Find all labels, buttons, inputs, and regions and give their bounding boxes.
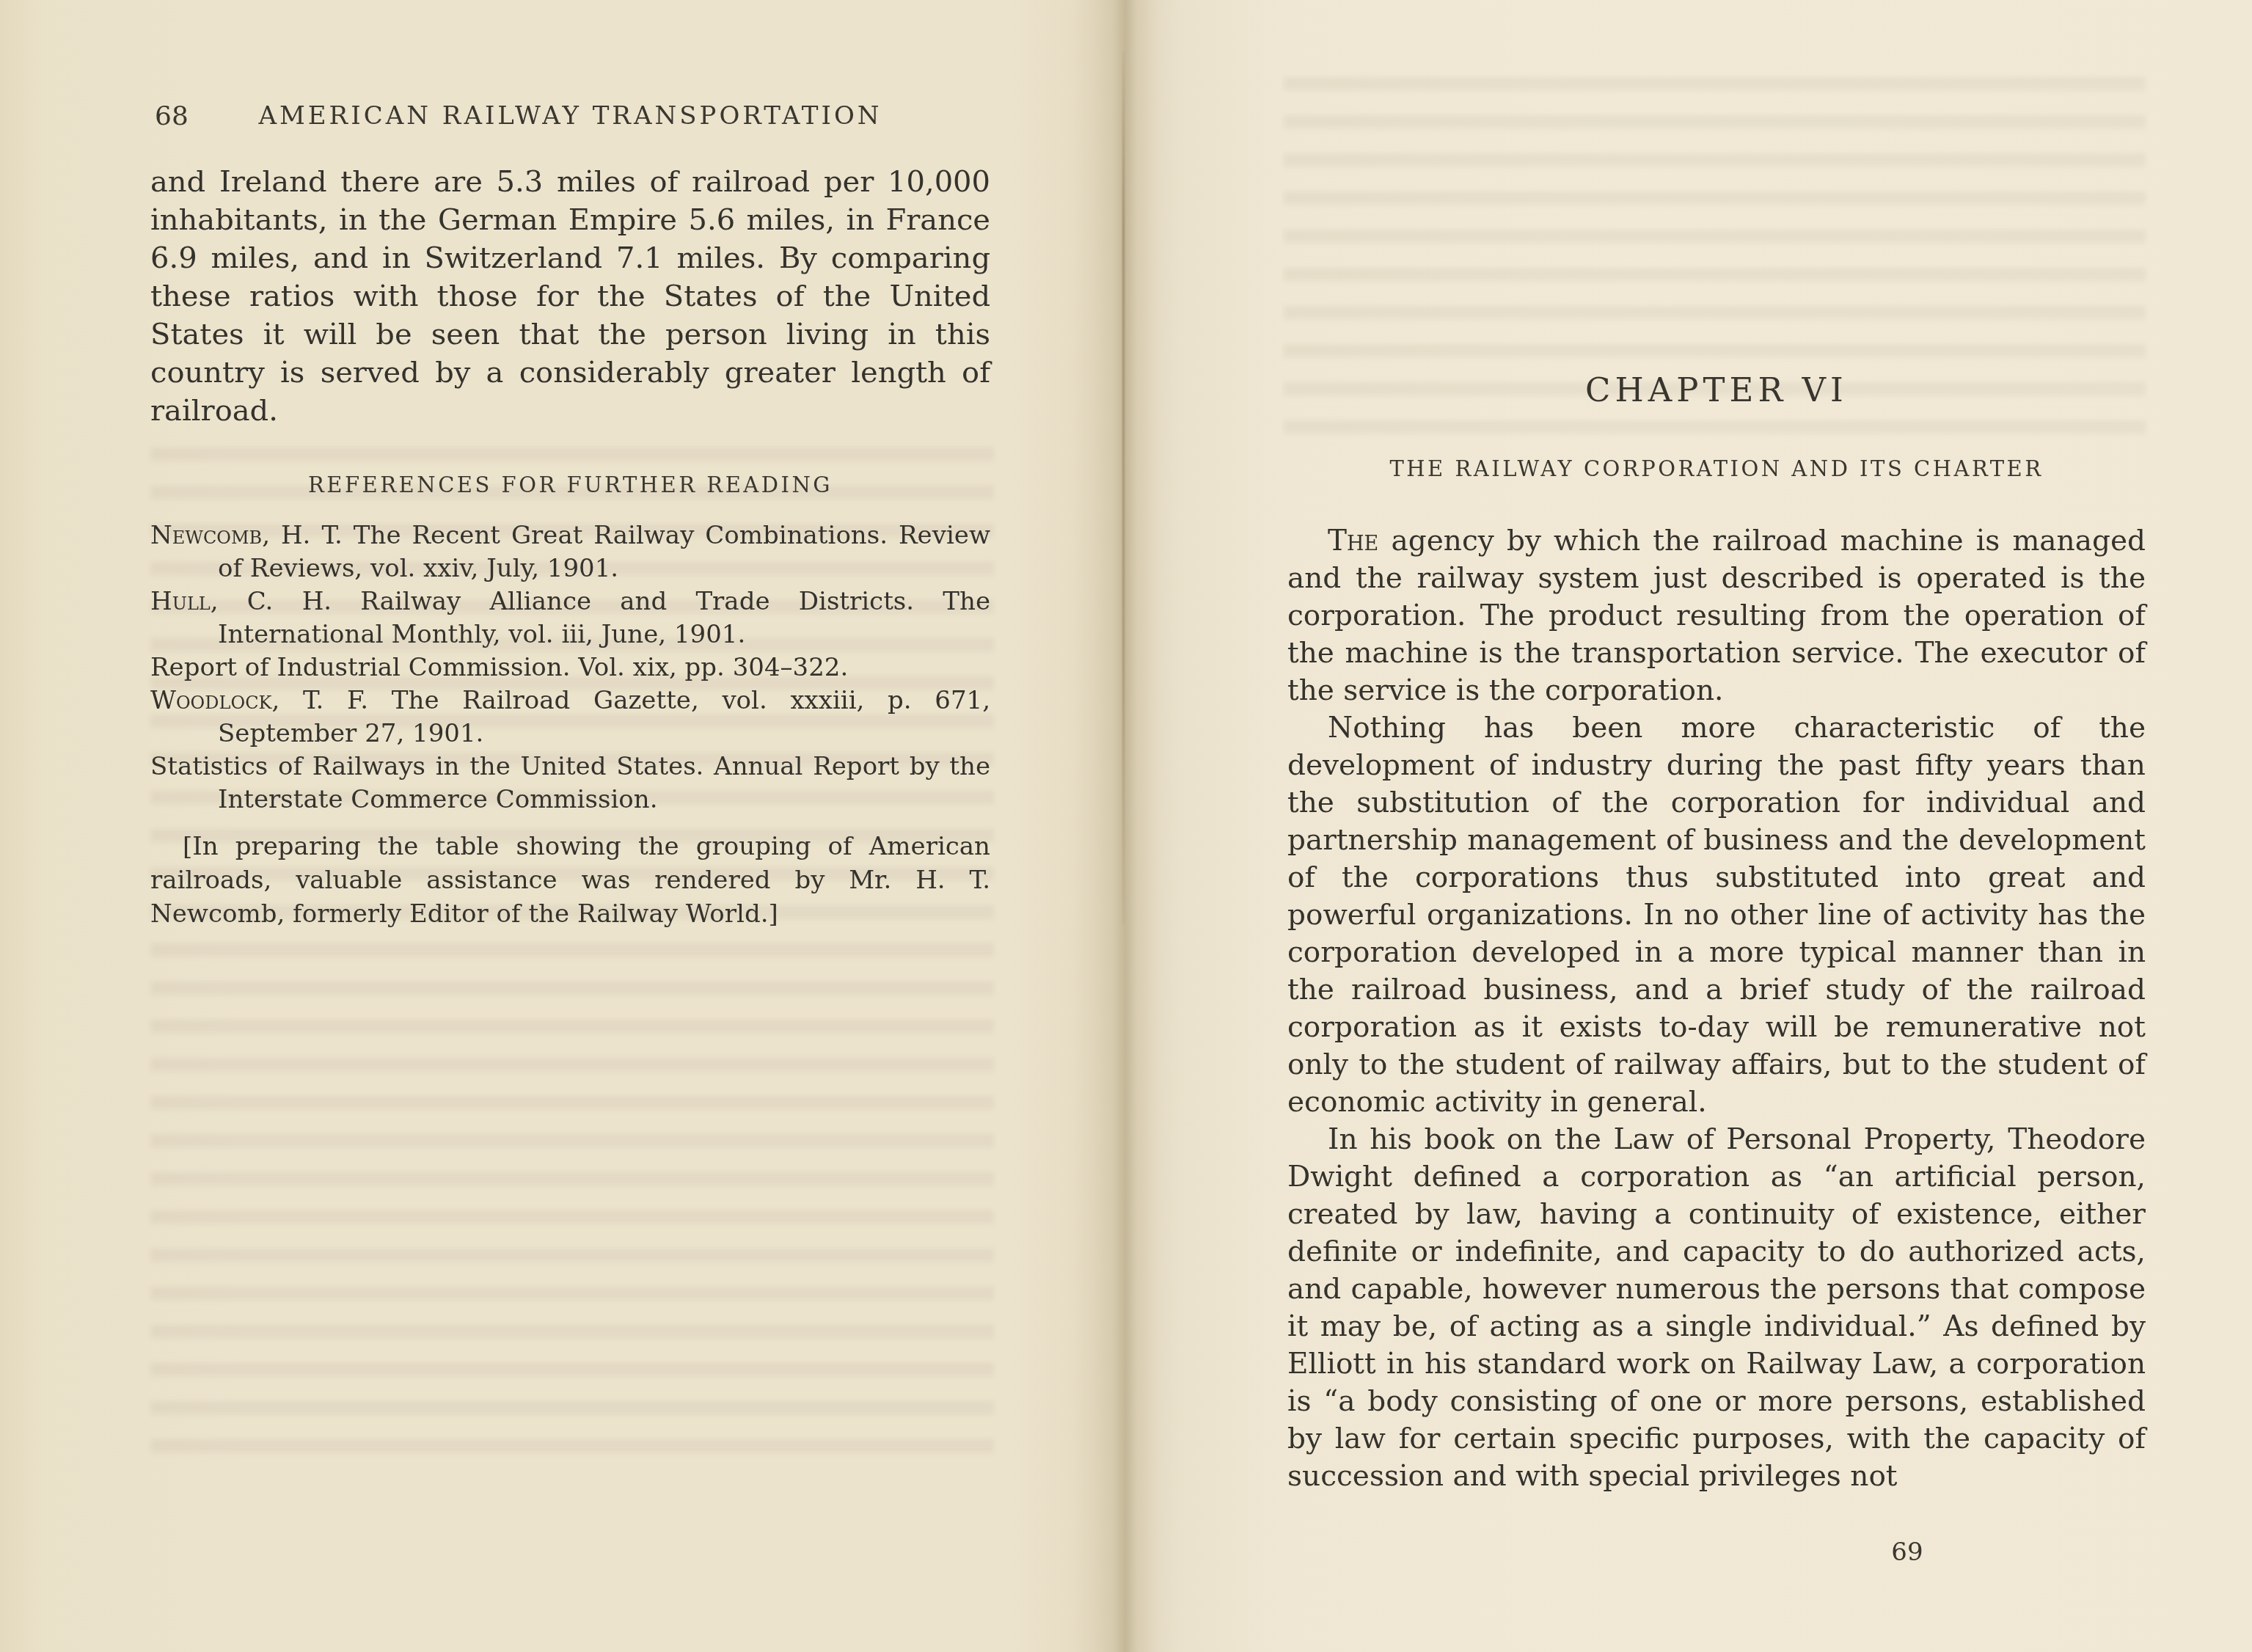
page-right: CHAPTER VI THE RAILWAY CORPORATION AND I… [1126,0,2252,1652]
reference-entry: Hull, C. H. Railway Alliance and Trade D… [150,585,990,651]
reference-entry: Report of Industrial Commission. Vol. xi… [150,651,990,684]
right-text-column: CHAPTER VI THE RAILWAY CORPORATION AND I… [1287,370,2146,1495]
reference-author: Woodlock, T. F. [150,686,368,715]
reference-author: Newcomb, H. T. [150,521,343,550]
paragraph-text: In his book on the Law of Personal Prope… [1287,1123,2146,1493]
reference-text: Report of Industrial Commission. Vol. xi… [150,653,848,682]
references-heading: REFERENCES FOR FURTHER READING [150,472,990,497]
paragraph-lead-word: The [1328,525,1378,558]
chapter-body: The agency by which the railroad machine… [1287,522,2146,1495]
reference-entry: Woodlock, T. F. The Railroad Gazette, vo… [150,684,990,750]
chapter-subtitle: THE RAILWAY CORPORATION AND ITS CHARTER [1287,456,2146,481]
reference-text: Railway Alliance and Trade Districts. Th… [218,587,990,649]
reference-entry: Statistics of Railways in the United Sta… [150,750,990,816]
references-note: [In preparing the table showing the grou… [150,830,990,931]
chapter-heading: CHAPTER VI [1287,370,2146,409]
page-number-right: 69 [1874,1538,1940,1567]
running-header-title: AMERICAN RAILWAY TRANSPORTATION [150,101,990,131]
paragraph-text: Nothing has been more characteristic of … [1287,712,2146,1119]
reference-entry: Newcomb, H. T. The Recent Great Railway … [150,519,990,585]
chapter-paragraph: The agency by which the railroad machine… [1287,522,2146,709]
page-number-left: 68 [155,101,189,131]
references-list: Newcomb, H. T. The Recent Great Railway … [150,519,990,816]
reference-text: Statistics of Railways in the United Sta… [150,752,990,814]
reference-author: Hull, C. H. [150,587,332,616]
page-left: 68 AMERICAN RAILWAY TRANSPORTATION and I… [0,0,1126,1652]
left-text-column: 68 AMERICAN RAILWAY TRANSPORTATION and I… [150,101,990,931]
running-head: 68 AMERICAN RAILWAY TRANSPORTATION [150,101,990,135]
chapter-paragraph: Nothing has been more characteristic of … [1287,709,2146,1121]
body-paragraph: and Ireland there are 5.3 miles of railr… [150,163,990,430]
chapter-paragraph: In his book on the Law of Personal Prope… [1287,1121,2146,1495]
paragraph-text: agency by which the railroad machine is … [1287,525,2146,707]
